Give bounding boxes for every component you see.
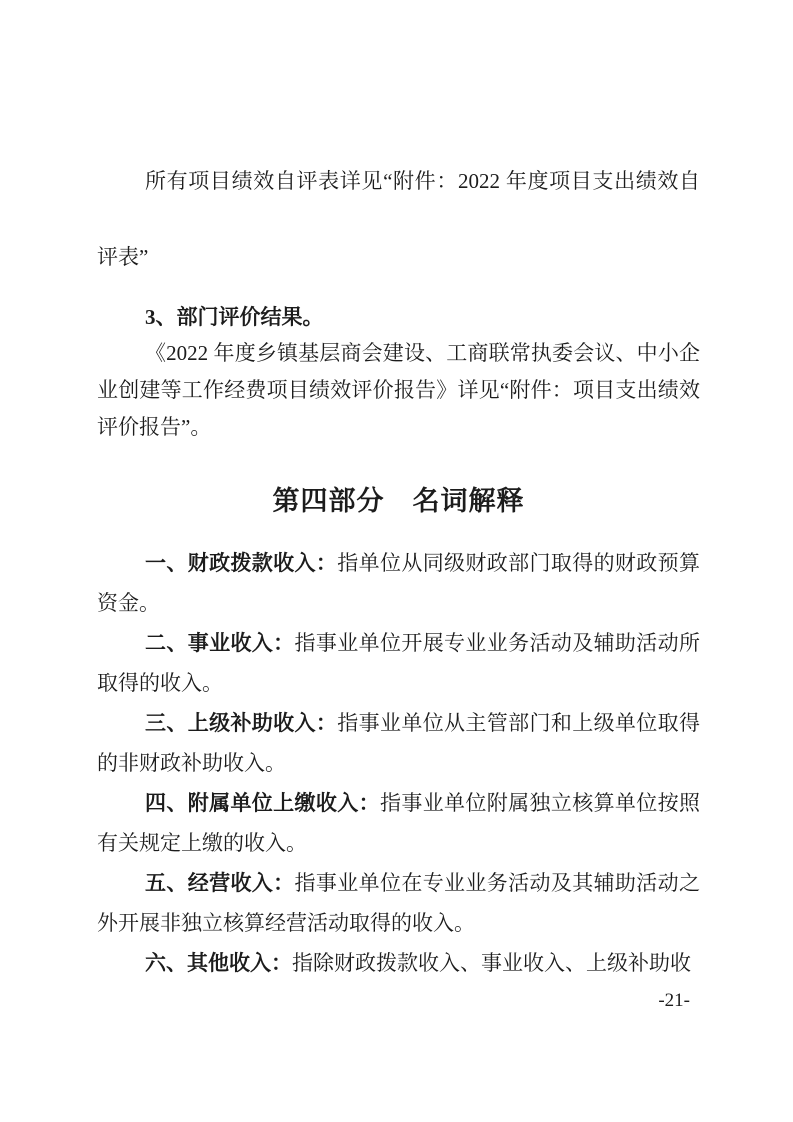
paragraph-eval-report-note: 《2022 年度乡镇基层商会建设、工商联常执委会议、中小企业创建等工作经费项目绩…: [97, 335, 700, 446]
term-label: 二、事业收入：: [145, 631, 295, 655]
term-item-fiscal-appropriation-income: 一、财政拨款收入：指单位从同级财政部门取得的财政预算资金。: [97, 543, 700, 623]
terms-definition-list: 一、财政拨款收入：指单位从同级财政部门取得的财政预算资金。 二、事业收入：指事业…: [97, 543, 700, 983]
term-item-superior-subsidy-income: 三、上级补助收入：指事业单位从主管部门和上级单位取得的非财政补助收入。: [97, 703, 700, 783]
term-label: 五、经营收入：: [145, 871, 295, 895]
document-page: 所有项目绩效自评表详见“附件：2022 年度项目支出绩效自评表” 3、部门评价结…: [0, 0, 793, 1122]
section-heading-part4: 第四部分 名词解释: [97, 481, 700, 522]
term-item-operating-income: 二、事业收入：指事业单位开展专业业务活动及辅助活动所取得的收入。: [97, 623, 700, 703]
term-item-business-income: 五、经营收入：指事业单位在专业业务活动及其辅助活动之外开展非独立核算经营活动取得…: [97, 863, 700, 943]
term-item-other-income: 六、其他收入：指除财政拨款收入、事业收入、上级补助收: [97, 943, 700, 983]
term-label: 四、附属单位上缴收入：: [145, 791, 380, 815]
page-number: -21-: [658, 990, 690, 1012]
term-text: 指除财政拨款收入、事业收入、上级补助收: [292, 951, 691, 975]
term-item-affiliated-unit-remittance-income: 四、附属单位上缴收入：指事业单位附属独立核算单位按照有关规定上缴的收入。: [97, 783, 700, 863]
term-label: 三、上级补助收入：: [145, 711, 337, 735]
paragraph-dept-eval-heading: 3、部门评价结果。: [97, 299, 700, 336]
term-label: 一、财政拨款收入：: [145, 551, 337, 575]
paragraph-self-eval-note: 所有项目绩效自评表详见“附件：2022 年度项目支出绩效自评表”: [97, 143, 700, 295]
term-label: 六、其他收入：: [145, 951, 292, 975]
